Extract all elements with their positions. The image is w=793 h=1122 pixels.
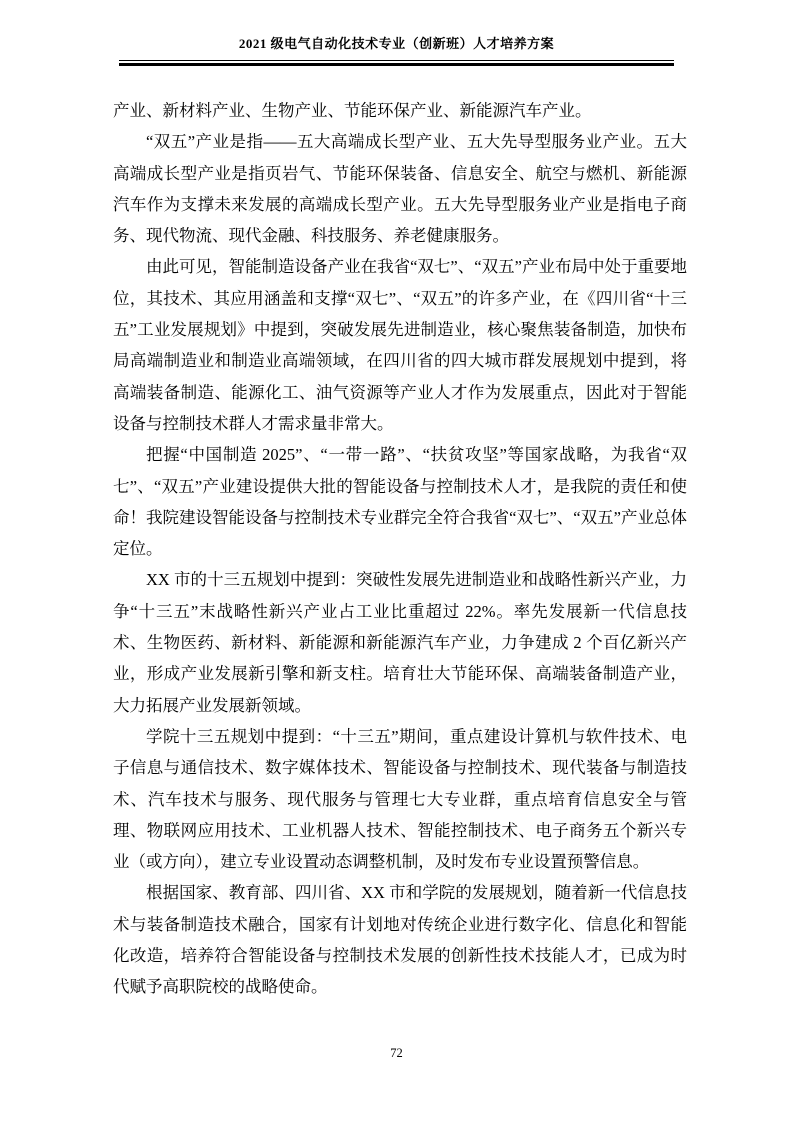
paragraph: 根据国家、教育部、四川省、XX 市和学院的发展规划，随着新一代信息技术与装备制造…	[113, 877, 687, 1002]
paragraph: XX 市的十三五规划中提到：突破性发展先进制造业和战略性新兴产业，力争“十三五”…	[113, 564, 687, 720]
document-body: 产业、新材料产业、生物产业、节能环保产业、新能源汽车产业。 “双五”产业是指——…	[113, 95, 687, 1003]
page-number: 72	[390, 1046, 403, 1060]
header-rule	[119, 60, 674, 66]
paragraph: 学院十三五规划中提到：“十三五”期间，重点建设计算机与软件技术、电子信息与通信技…	[113, 721, 687, 877]
page-header-title: 2021 级电气自动化技术专业（创新班）人才培养方案	[0, 33, 793, 52]
paragraph: 产业、新材料产业、生物产业、节能环保产业、新能源汽车产业。	[113, 95, 687, 126]
paragraph: 由此可见，智能制造设备产业在我省“双七”、“双五”产业布局中处于重要地位，其技术…	[113, 251, 687, 439]
document-page: 2021 级电气自动化技术专业（创新班）人才培养方案 产业、新材料产业、生物产业…	[0, 0, 793, 1122]
page-footer: 72	[0, 1046, 793, 1061]
paragraph: 把握“中国制造 2025”、“一带一路”、“扶贫攻坚”等国家战略，为我省“双七”…	[113, 439, 687, 564]
paragraph: “双五”产业是指——五大高端成长型产业、五大先导型服务业产业。五大高端成长型产业…	[113, 126, 687, 251]
